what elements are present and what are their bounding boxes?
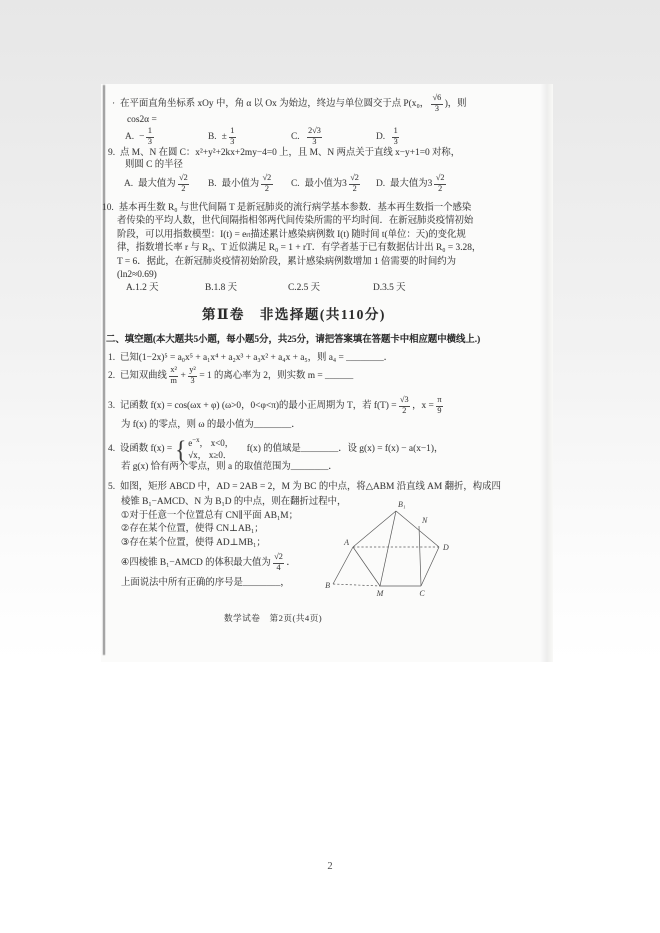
fill-q5-item-3: ③存在某个位置，使得 AD⊥MB₁；: [121, 537, 266, 550]
question-10-line-4: 律，指数增长率 r 与 R₀、T 近似满足 R₀ = 1 + rT．有学者基于已…: [117, 242, 481, 255]
fill-q5-line-7: 上面说法中所有正确的序号是________，: [121, 577, 290, 590]
figure-label-a: A: [343, 538, 349, 547]
question-9-option-a: A.最大值为 √22: [124, 175, 191, 193]
question-9-line-2: 则圆 C 的半径: [125, 159, 183, 172]
fraction-y2-3: y²3: [188, 366, 198, 385]
fill-q3-line-1: 3. 记函数 f(x) = cos(ωx + φ) (ω>0，0<φ<π)的最小…: [108, 397, 445, 415]
fill-q4-line-2: 若 g(x) 恰有两个零点，则 a 的取值范围为________．: [121, 461, 338, 474]
question-8-label: ·: [112, 98, 115, 111]
question-10-line-2: 者传染的平均人数，世代间隔指相邻两代间传染所需的平均时间．在新冠肺炎疫情初始: [117, 215, 473, 228]
fill-section-title: 二、填空题(本大题共5小题，每小题5分，共25分，请把答案填在答题卡中相应题中横…: [106, 334, 480, 347]
fraction-sqrt6-3: √63: [431, 94, 443, 113]
fill-q3-line-2: 为 f(x) 的零点，则 ω 的最小值为________．: [121, 419, 301, 432]
fill-q1: 1. 已知(1−2x)⁵ = a₀x⁵ + a₁x⁴ + a₂x³ + a₃x²…: [108, 352, 393, 365]
page-left-edge-shadow: [103, 85, 105, 655]
sheet-footer: 数学试卷 第2页(共4页): [224, 612, 322, 625]
question-10-line-6: (ln2≈0.69): [117, 269, 157, 282]
piecewise-brace: {: [175, 442, 186, 457]
geometry-figure: B₁ N A D B M C: [318, 496, 452, 600]
question-10-line-3: 阶段，可以用指数模型：I(t) = ert 描述累计感染病例数 I(t) 随时间…: [117, 229, 466, 242]
question-8-option-a: A.− 13: [125, 128, 156, 146]
question-10-option-c: C.2.5 天: [288, 282, 320, 295]
question-9-option-b: B.最小值为 √22: [208, 175, 275, 193]
fraction-pi-9: π9: [436, 396, 443, 415]
question-9-option-d: D.最大值为3 √22: [376, 175, 448, 193]
question-10-label: 10.: [102, 202, 114, 215]
question-10-option-b: B.1.8 天: [205, 282, 237, 295]
fill-q2: 2. 已知双曲线 x²m + y²3 = 1 的离心率为 2，则实数 m = _…: [108, 367, 353, 385]
fill-q5-line-2: 棱锥 B₁−AMCD、N 为 B₁D 的中点，则在翻折过程中，: [121, 496, 346, 509]
fill-q5-line-1: 5. 如图，矩形 ABCD 中，AD = 2AB = 2，M 为 BC 的中点，…: [108, 481, 501, 494]
fill-q4-line-1: 4. 设函数 f(x) = { e−x， x<0， √x， x≥0． f(x) …: [108, 435, 443, 463]
figure-label-b: B: [325, 581, 330, 590]
figure-label-b1: B₁: [398, 500, 406, 509]
piecewise-cases: e−x， x<0， √x， x≥0．: [188, 437, 234, 461]
scanned-exam-image: · 在平面直角坐标系 xOy 中，角 α 以 Ox 为始边，终边与单位圆交于点 …: [0, 0, 660, 662]
question-8-option-c: C. 2√33: [291, 128, 324, 146]
fraction-x2-m: x²m: [169, 366, 179, 385]
viewer-page-number: 2: [320, 861, 340, 872]
question-8-text: 在平面直角坐标系 xOy 中，角 α 以 Ox 为始边，终边与单位圆交于点 P(…: [120, 98, 429, 111]
page-right-edge-shadow: [540, 84, 553, 662]
fill-q5-item-2: ②存在某个位置，使得 CN⊥AB₁；: [121, 523, 264, 536]
question-8-line-1: · 在平面直角坐标系 xOy 中，角 α 以 Ox 为始边，终边与单位圆交于点 …: [112, 95, 467, 113]
question-9-label: 9.: [108, 147, 115, 160]
fill-q5-item-1: ①对于任意一个位置总有 CN∥平面 AB₁M；: [121, 510, 298, 523]
part2-title: 第Ⅱ卷 非选择题(共110分): [202, 306, 386, 322]
figure-label-c: C: [419, 589, 425, 598]
fraction-sqrt3-2: √32: [399, 396, 411, 415]
question-8-line-2: cos2α =: [127, 114, 157, 127]
figure-label-n: N: [421, 516, 428, 525]
document-viewer: · 在平面直角坐标系 xOy 中，角 α 以 Ox 为始边，终边与单位圆交于点 …: [0, 0, 660, 933]
fill-q5-item-4: ④四棱锥 B₁−AMCD 的体积最大值为 √24 ．: [121, 554, 296, 572]
figure-label-d: D: [442, 543, 449, 552]
question-10-line-1: 10. 基本再生数 R₀ 与世代间隔 T 是新冠肺炎的流行病学基本参数．基本再生…: [102, 202, 471, 215]
question-10-option-d: D.3.5 天: [373, 282, 406, 295]
fraction-sqrt2-4: √24: [273, 553, 285, 572]
question-10-line-5: T = 6．据此，在新冠肺炎疫情初始阶段，累计感染病例数增加 1 倍需要的时间约…: [117, 256, 456, 269]
figure-label-m: M: [376, 589, 385, 598]
question-8-option-b: B.± 13: [208, 128, 238, 146]
question-8-option-d: D. 13: [376, 128, 401, 146]
question-9-option-c: C.最小值为3 √22: [291, 175, 362, 193]
question-10-option-a: A.1.2 天: [126, 282, 159, 295]
